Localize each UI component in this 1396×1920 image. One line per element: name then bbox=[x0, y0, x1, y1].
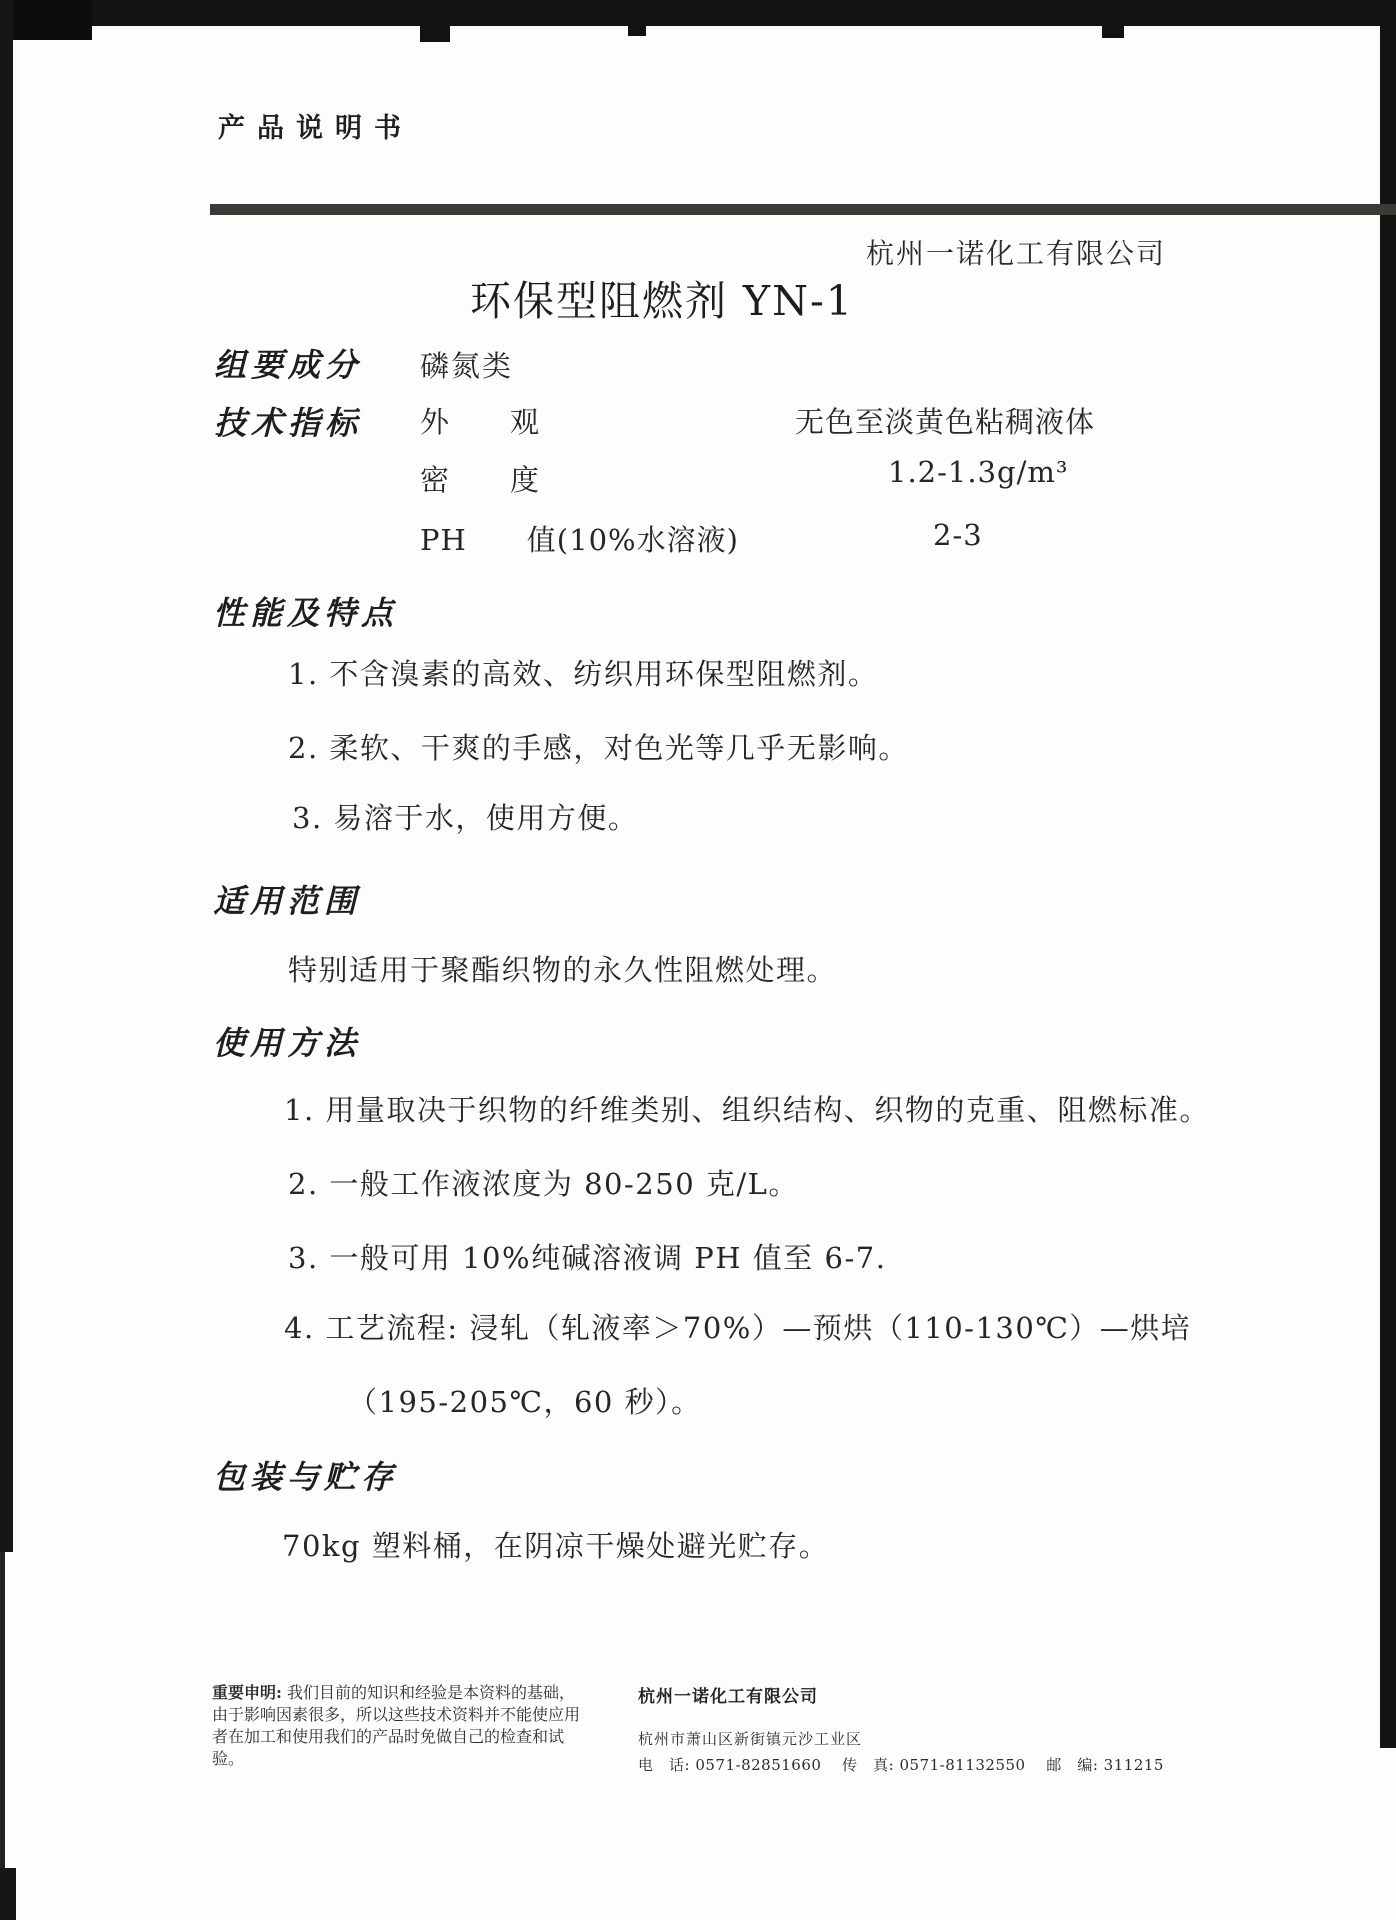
footer-company-name: 杭州一诺化工有限公司 bbox=[638, 1682, 818, 1707]
packaging-text: 70kg 塑料桶，在阴凉干燥处避光贮存。 bbox=[282, 1524, 829, 1565]
spec-row-density-name: 密 度 bbox=[420, 458, 540, 499]
disclaimer-line: 验。 bbox=[212, 1748, 592, 1770]
scan-border-left bbox=[0, 1868, 16, 1920]
usage-item: 2. 一般工作液浓度为 80-250 克/L。 bbox=[288, 1162, 799, 1203]
packaging-heading: 包装与贮存 bbox=[213, 1452, 398, 1498]
spec-row-appearance-name: 外 观 bbox=[420, 400, 540, 441]
feature-item: 1. 不含溴素的高效、纺织用环保型阻燃剂。 bbox=[288, 652, 878, 693]
specs-label: 技术指标 bbox=[214, 398, 362, 444]
usage-item: 1. 用量取决于织物的纤维类别、组织结构、织物的克重、阻燃标准。 bbox=[284, 1088, 1210, 1129]
disclaimer-label: 重要申明: bbox=[212, 1683, 282, 1702]
usage-heading: 使用方法 bbox=[213, 1018, 361, 1064]
application-text: 特别适用于聚酯织物的永久性阻燃处理。 bbox=[288, 948, 837, 989]
company-name-header: 杭州一诺化工有限公司 bbox=[866, 232, 1166, 272]
disclaimer-line: 重要申明: 我们目前的知识和经验是本资料的基础， bbox=[212, 1682, 592, 1704]
spec-row-appearance-value: 无色至淡黄色粘稠液体 bbox=[795, 400, 1095, 441]
spec-row-density-value: 1.2-1.3g/m³ bbox=[888, 455, 1069, 489]
doc-type-label: 产品说明书 bbox=[218, 106, 413, 145]
scan-border-notch bbox=[420, 0, 450, 42]
disclaimer-text: 我们目前的知识和经验是本资料的基础， bbox=[282, 1683, 575, 1702]
usage-item: 4. 工艺流程: 浸轧（轧液率＞70%）—预烘（110-130℃）—烘培 bbox=[284, 1306, 1191, 1347]
scan-border-right bbox=[1380, 0, 1396, 1748]
scan-border-left bbox=[0, 1552, 5, 1872]
composition-label: 组要成分 bbox=[214, 340, 362, 386]
spec-row-ph-name: PH 值(10%水溶液) bbox=[420, 518, 739, 559]
usage-item: 3. 一般可用 10%纯碱溶液调 PH 值至 6-7. bbox=[288, 1236, 886, 1277]
footer-contact-line: 电 话: 0571-82851660 传 真: 0571-81132550 邮 … bbox=[638, 1754, 1164, 1775]
disclaimer-block: 重要申明: 我们目前的知识和经验是本资料的基础， 由于影响因素很多，所以这些技术… bbox=[212, 1682, 592, 1770]
scan-border-top bbox=[0, 0, 1396, 26]
feature-item: 3. 易溶于水，使用方便。 bbox=[292, 796, 638, 837]
scan-border-notch bbox=[1102, 0, 1124, 38]
header-rule bbox=[210, 204, 1396, 215]
features-heading: 性能及特点 bbox=[213, 588, 398, 634]
spec-row-ph-value: 2-3 bbox=[933, 518, 983, 552]
feature-item: 2. 柔软、干爽的手感，对色光等几乎无影响。 bbox=[288, 726, 909, 767]
footer-address: 杭州市萧山区新街镇元沙工业区 bbox=[638, 1728, 862, 1749]
usage-item-continuation: （195-205℃，60 秒）。 bbox=[348, 1380, 702, 1421]
scan-border-left bbox=[0, 0, 13, 1552]
scan-border-top-left-corner bbox=[0, 0, 92, 40]
scan-border-notch bbox=[628, 0, 646, 36]
product-title: 环保型阻燃剂 YN-1 bbox=[470, 268, 854, 327]
disclaimer-line: 者在加工和使用我们的产品时免做自己的检查和试 bbox=[212, 1726, 592, 1748]
application-heading: 适用范围 bbox=[213, 876, 361, 922]
composition-value: 磷氮类 bbox=[420, 344, 513, 385]
scanned-product-datasheet: 产品说明书 杭州一诺化工有限公司 环保型阻燃剂 YN-1 组要成分 磷氮类 技术… bbox=[0, 0, 1396, 1920]
disclaimer-line: 由于影响因素很多，所以这些技术资料并不能使应用 bbox=[212, 1704, 592, 1726]
